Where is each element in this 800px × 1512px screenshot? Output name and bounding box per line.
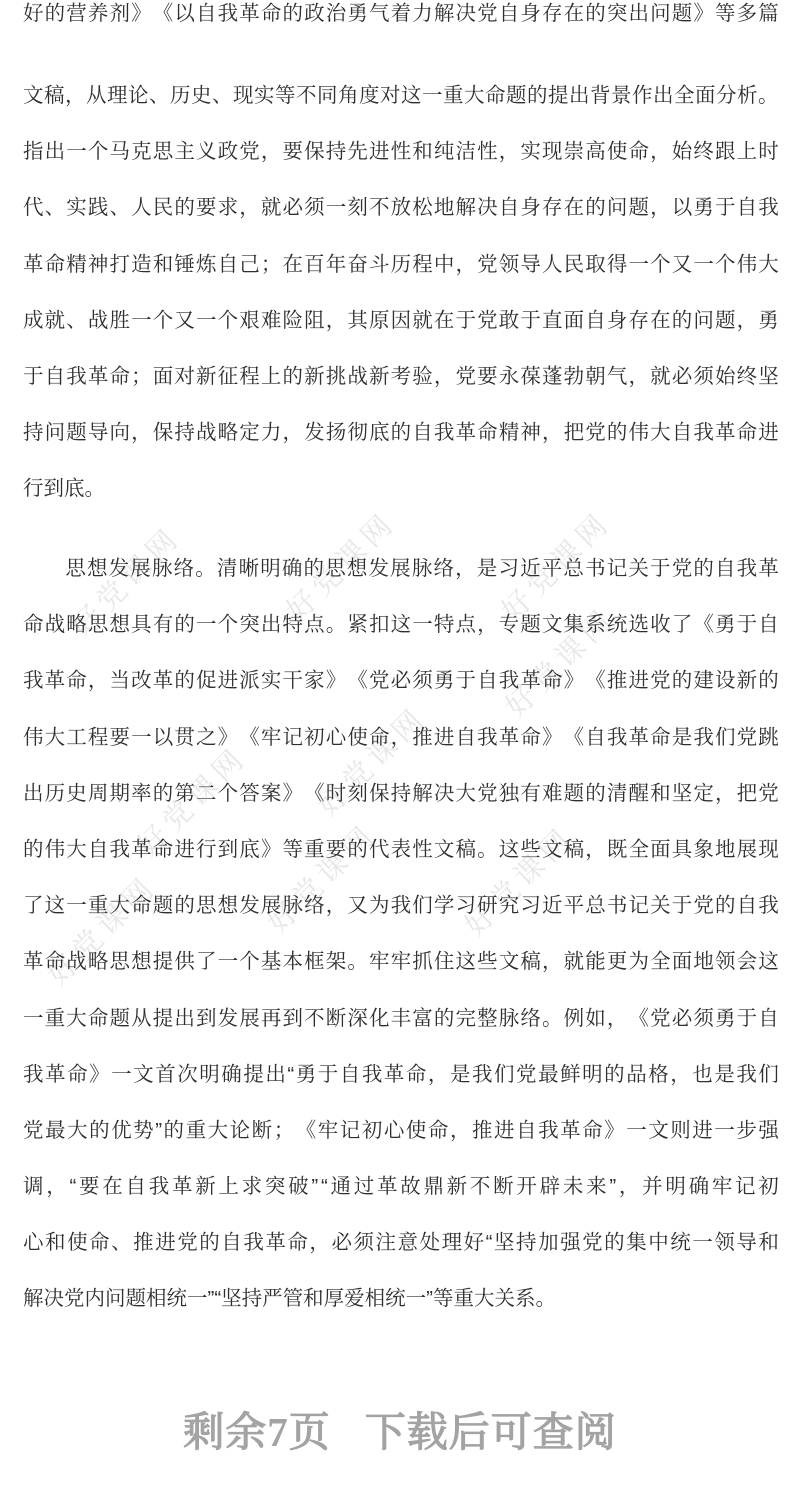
text-line: 文稿，从理论、历史、现实等不同角度对这一重大命题的提出背景作出全面分析。 <box>23 83 779 139</box>
text-line: 好的营养剂》《以自我革命的政治勇气着力解决党自身存在的突出问题》等多篇 <box>23 1 779 83</box>
text-line: 成就、战胜一个又一个艰难险阻，其原因就在于党敢于直面自身存在的问题，勇 <box>23 308 779 364</box>
pages-remaining-label: 剩余7页 <box>183 1409 331 1455</box>
text-line: 思想发展脉络。清晰明确的思想发展脉络，是习近平总书记关于党的自我革 <box>23 556 779 612</box>
text-line: 了这一重大命题的思想发展脉络，又为我们学习研究习近平总书记关于党的自我 <box>23 893 779 949</box>
text-line: 我革命》一文首次明确提出“勇于自我革命，是我们党最鲜明的品格，也是我们 <box>23 1062 779 1118</box>
text-line: 心和使命、推进党的自我革命，必须注意处理好“坚持加强党的集中统一领导和 <box>23 1230 779 1286</box>
text-line: 革命战略思想提供了一个基本框架。牢牢抓住这些文稿，就能更为全面地领会这 <box>23 949 779 1005</box>
text-line: 行到底。 <box>23 476 779 532</box>
text-line: 命战略思想具有的一个突出特点。紧扣这一特点，专题文集系统选收了《勇于自 <box>23 612 779 668</box>
page-footer: 剩余7页 下载后可查阅 <box>0 1409 800 1455</box>
paragraph: 思想发展脉络。清晰明确的思想发展脉络，是习近平总书记关于党的自我革命战略思想具有… <box>23 556 779 1343</box>
text-line: 解决党内问题相统一”“坚持严管和厚爱相统一”等重大关系。 <box>23 1286 779 1342</box>
text-line: 党最大的优势”的重大论断；《牢记初心使命，推进自我革命》一文则进一步强 <box>23 1118 779 1174</box>
text-line: 于自我革命；面对新征程上的新挑战新考验，党要永葆蓬勃朝气，就必须始终坚 <box>23 364 779 420</box>
text-line: 伟大工程要一以贯之》《牢记初心使命，推进自我革命》《自我革命是我们党跳 <box>23 725 779 781</box>
text-line: 调，“要在自我革新上求突破”“通过革故鼎新不断开辟未来”，并明确牢记初 <box>23 1174 779 1230</box>
paragraph: 好的营养剂》《以自我革命的政治勇气着力解决党自身存在的突出问题》等多篇文稿，从理… <box>23 1 779 533</box>
text-line: 持问题导向，保持战略定力，发扬彻底的自我革命精神，把党的伟大自我革命进 <box>23 420 779 476</box>
text-line: 一重大命题从提出到发展再到不断深化丰富的完整脉络。例如，《党必须勇于自 <box>23 1006 779 1062</box>
text-line: 我革命，当改革的促进派实干家》《党必须勇于自我革命》《推进党的建设新的 <box>23 668 779 724</box>
document-page: 好党课网好党课网好党课网好党课网好党课网好党课网好党课网好党课网好党课网 好的营… <box>0 0 800 1512</box>
text-line: 出历史周期率的第二个答案》《时刻保持解决大党独有难题的清醒和坚定，把党 <box>23 781 779 837</box>
text-line: 革命精神打造和锤炼自己；在百年奋斗历程中，党领导人民取得一个又一个伟大 <box>23 252 779 308</box>
text-line: 代、实践、人民的要求，就必须一刻不放松地解决自身存在的问题，以勇于自我 <box>23 195 779 251</box>
download-hint-label: 下载后可查阅 <box>365 1409 617 1455</box>
text-line: 的伟大自我革命进行到底》等重要的代表性文稿。这些文稿，既全面具象地展现 <box>23 837 779 893</box>
text-line: 指出一个马克思主义政党，要保持先进性和纯洁性，实现崇高使命，始终跟上时 <box>23 139 779 195</box>
